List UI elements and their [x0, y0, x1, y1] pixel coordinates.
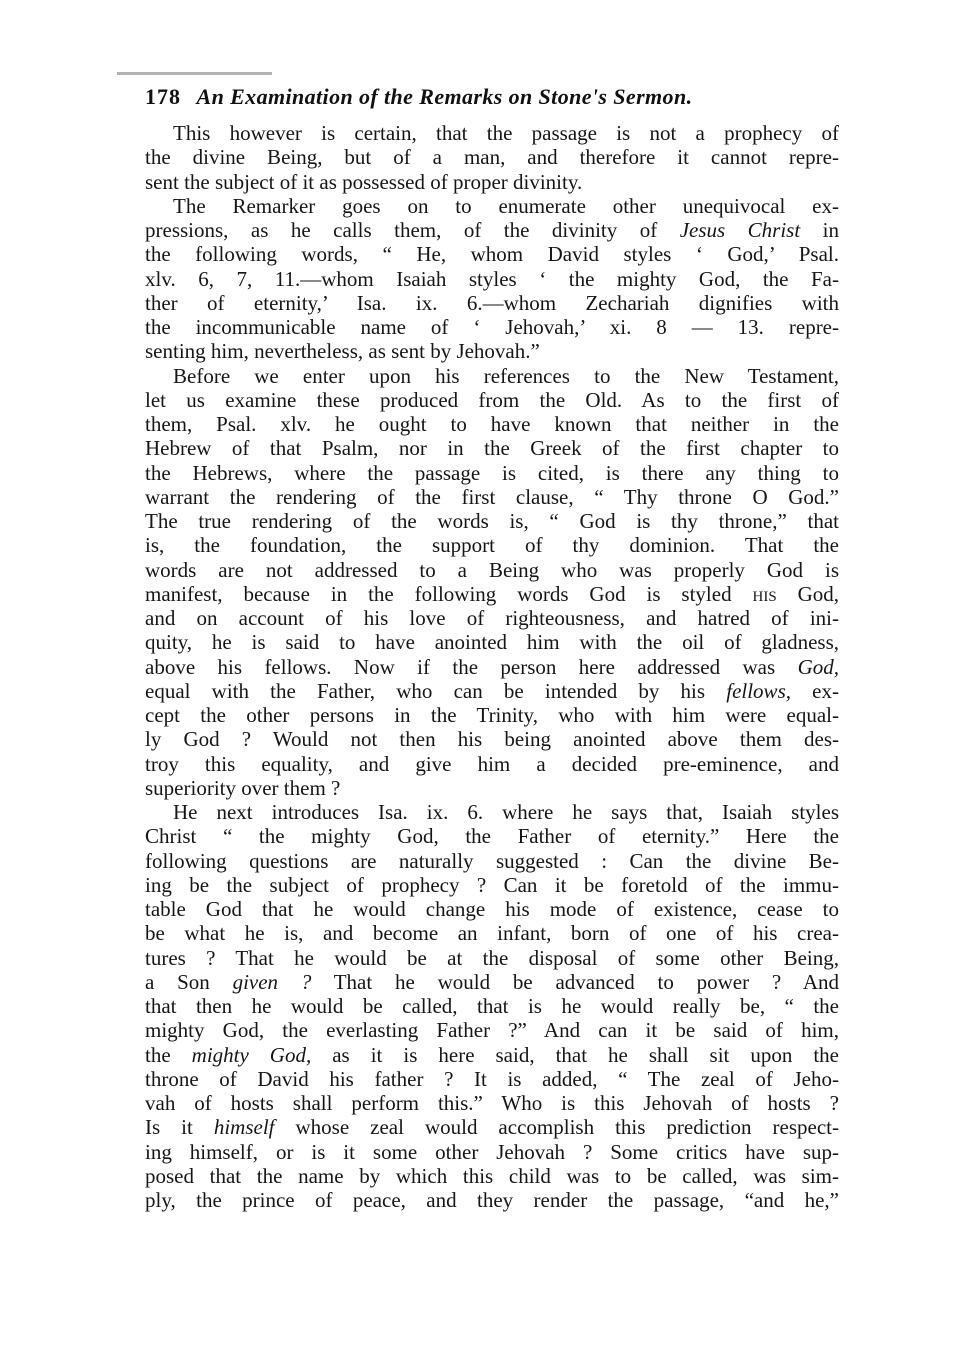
text-line: is, the foundation, the support of thy d… [145, 533, 839, 557]
running-header: 178 An Examination of the Remarks on Sto… [145, 84, 845, 110]
italic-emphasis: fellows, [726, 679, 791, 703]
text-line: words are not addressed to a Being who w… [145, 558, 839, 582]
text-line: posed that the name by which this child … [145, 1164, 839, 1188]
text-line: a Son given ? That he would be advanced … [145, 970, 839, 994]
paragraph: He next introduces Isa. ix. 6. where he … [145, 800, 839, 1212]
text-line: cept the other persons in the Trinity, w… [145, 703, 839, 727]
text-line: ing be the subject of prophecy ? Can it … [145, 873, 839, 897]
italic-emphasis: mighty God, [192, 1043, 312, 1067]
page-body: This however is certain, that the passag… [145, 121, 839, 1212]
italic-emphasis: himself [214, 1115, 275, 1139]
text-line: sent the subject of it as possessed of p… [145, 170, 839, 194]
text-line: mighty God, the everlasting Father ?” An… [145, 1018, 839, 1042]
text-line: xlv. 6, 7, 11.—whom Isaiah styles ‘ the … [145, 267, 839, 291]
text-line: table God that he would change his mode … [145, 897, 839, 921]
text-line: ly God ? Would not then his being anoint… [145, 727, 839, 751]
text-line: The Remarker goes on to enumerate other … [145, 194, 839, 218]
text-line: the mighty God, as it is here said, that… [145, 1043, 839, 1067]
text-line: quity, he is said to have anointed him w… [145, 630, 839, 654]
header-rule [117, 72, 272, 75]
small-caps-emphasis: his [753, 582, 777, 606]
paragraph: This however is certain, that the passag… [145, 121, 839, 194]
text-line: the divine Being, but of a man, and ther… [145, 145, 839, 169]
text-line: This however is certain, that the passag… [145, 121, 839, 145]
text-line: the incommunicable name of ‘ Jehovah,’ x… [145, 315, 839, 339]
text-line: the Hebrews, where the passage is cited,… [145, 461, 839, 485]
page-number: 178 [145, 84, 181, 109]
text-line: warrant the rendering of the first claus… [145, 485, 839, 509]
text-line: above his fellows. Now if the person her… [145, 655, 839, 679]
text-line: vah of hosts shall perform this.” Who is… [145, 1091, 839, 1115]
paragraph: Before we enter upon his references to t… [145, 364, 839, 801]
text-line: ply, the prince of peace, and they rende… [145, 1188, 839, 1212]
text-line: and on account of his love of righteousn… [145, 606, 839, 630]
text-line: let us examine these produced from the O… [145, 388, 839, 412]
text-line: Is it himself whose zeal would accomplis… [145, 1115, 839, 1139]
text-line: be what he is, and become an infant, bor… [145, 921, 839, 945]
running-title: An Examination of the Remarks on Stone's… [197, 84, 693, 109]
text-line: He next introduces Isa. ix. 6. where he … [145, 800, 839, 824]
italic-emphasis: given ? [233, 970, 312, 994]
text-line: senting him, nevertheless, as sent by Je… [145, 339, 839, 363]
text-line: Hebrew of that Psalm, nor in the Greek o… [145, 436, 839, 460]
text-line: manifest, because in the following words… [145, 582, 839, 606]
text-line: them, Psal. xlv. he ought to have known … [145, 412, 839, 436]
text-line: throne of David his father ? It is added… [145, 1067, 839, 1091]
text-line: that then he would be called, that is he… [145, 994, 839, 1018]
text-line: tures ? That he would be at the disposal… [145, 946, 839, 970]
text-line: following questions are naturally sugges… [145, 849, 839, 873]
text-line: superiority over them ? [145, 776, 839, 800]
text-line: troy this equality, and give him a decid… [145, 752, 839, 776]
text-line: Christ “ the mighty God, the Father of e… [145, 824, 839, 848]
text-line: equal with the Father, who can be intend… [145, 679, 839, 703]
text-line: the following words, “ He, whom David st… [145, 242, 839, 266]
italic-emphasis: Jesus Christ [680, 218, 800, 242]
paragraph: The Remarker goes on to enumerate other … [145, 194, 839, 364]
text-line: ther of eternity,’ Isa. ix. 6.—whom Zech… [145, 291, 839, 315]
text-line: pressions, as he calls them, of the divi… [145, 218, 839, 242]
text-line: The true rendering of the words is, “ Go… [145, 509, 839, 533]
text-line: Before we enter upon his references to t… [145, 364, 839, 388]
text-line: ing himself, or is it some other Jehovah… [145, 1140, 839, 1164]
italic-emphasis: God, [798, 655, 839, 679]
